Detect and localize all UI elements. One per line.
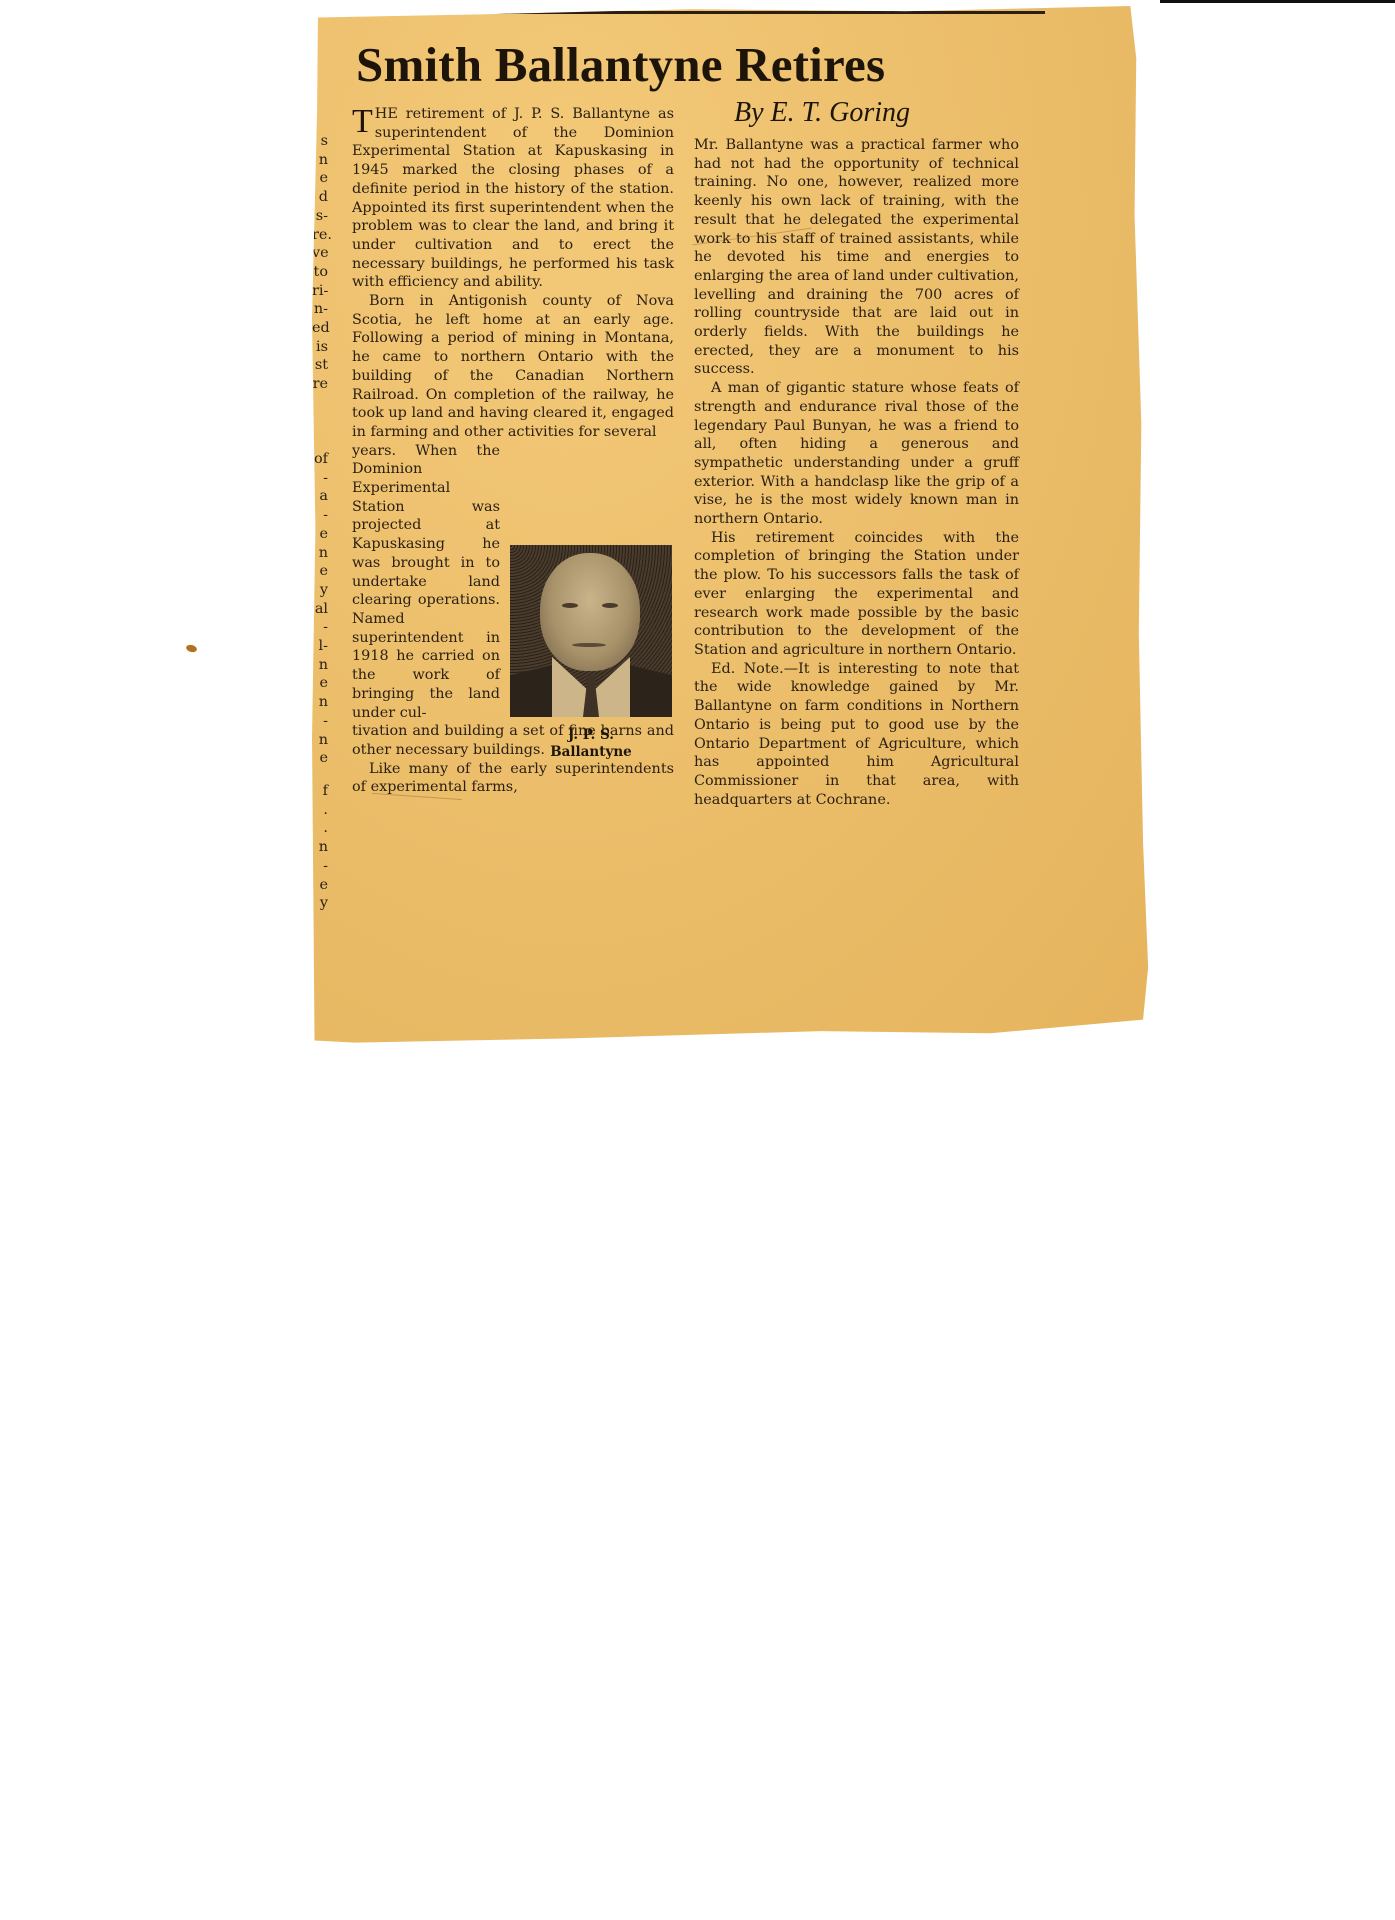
scanner-edge-bar (1160, 0, 1395, 3)
edge-fragment: y (312, 894, 328, 913)
article-column-2: Mr. Ballantyne was a practical farmer wh… (694, 136, 1019, 809)
edge-fragment: l- (312, 637, 328, 656)
headline: Smith Ballantyne Retires (356, 36, 885, 93)
edge-fragment: al (312, 600, 328, 619)
drop-cap: T (352, 107, 373, 137)
edge-fragment: n (312, 693, 328, 712)
edge-fragment: n (312, 544, 328, 563)
paragraph-retirement: His retirement coincides with the comple… (694, 529, 1019, 660)
edge-fragment: e (312, 562, 328, 581)
edge-fragment: n (312, 731, 328, 750)
paragraph-like-many: Like many of the early superintendents o… (352, 760, 674, 797)
edge-fragment: - (312, 857, 328, 876)
edge-fragment: re. (312, 226, 328, 245)
edge-fragment: e (312, 749, 328, 768)
edge-fragment: e (312, 525, 328, 544)
edge-fragment: s- (312, 207, 328, 226)
paragraph-ed-note: Ed. Note.—It is interesting to note that… (694, 660, 1019, 810)
edge-fragment: e (312, 674, 328, 693)
edge-fragment: e (312, 169, 328, 188)
paragraph-wrap-photo: years. When the Dominion Experimental St… (352, 442, 500, 723)
edge-fragment: y (312, 581, 328, 600)
edge-fragment: to (312, 263, 328, 282)
edge-fragments-b: of-a-eneyal-l-nen-ne (312, 450, 328, 768)
edge-fragment: . (312, 801, 328, 820)
edge-fragments-a: sneds-re.vetori-n-edisstre (312, 132, 328, 394)
edge-fragment: - (312, 506, 328, 525)
edge-fragment: ve (312, 244, 328, 263)
edge-fragment: a (312, 487, 328, 506)
edge-fragment: - (312, 618, 328, 637)
edge-fragment: ed (312, 319, 328, 338)
paragraph-practical-farmer: Mr. Ballantyne was a practical farmer wh… (694, 136, 1019, 379)
edge-fragment: of (312, 450, 328, 469)
byline: By E. T. Goring (734, 97, 910, 129)
edge-fragment: f (312, 782, 328, 801)
edge-fragment: d (312, 188, 328, 207)
paragraph-gigantic-stature: A man of gigantic stature whose feats of… (694, 379, 1019, 529)
portrait-figure: J. P. S. Ballantyne (510, 545, 672, 761)
paragraph-born: Born in Antigonish county of Nova Scotia… (352, 292, 674, 442)
lead-paragraph: THE retirement of J. P. S. Ballantyne as… (352, 105, 674, 292)
edge-fragment: . (312, 819, 328, 838)
edge-fragment: n- (312, 300, 328, 319)
edge-fragment: re (312, 375, 328, 394)
top-rule (357, 11, 1045, 14)
edge-fragment: - (312, 469, 328, 488)
edge-fragment: is (312, 338, 328, 357)
edge-fragment: n (312, 151, 328, 170)
paper-fleck (185, 644, 197, 654)
photo-caption: J. P. S. Ballantyne (510, 727, 672, 761)
edge-fragment: n (312, 656, 328, 675)
edge-fragment: s (312, 132, 328, 151)
edge-fragment: e (312, 876, 328, 895)
newspaper-clipping: Smith Ballantyne Retires By E. T. Goring… (312, 6, 1160, 1051)
edge-fragment: ri- (312, 282, 328, 301)
edge-fragment: n (312, 838, 328, 857)
edge-fragments-c: f..n-ey (312, 782, 328, 913)
portrait-photo-icon (510, 545, 672, 717)
edge-fragment: st (312, 356, 328, 375)
edge-fragment: - (312, 712, 328, 731)
